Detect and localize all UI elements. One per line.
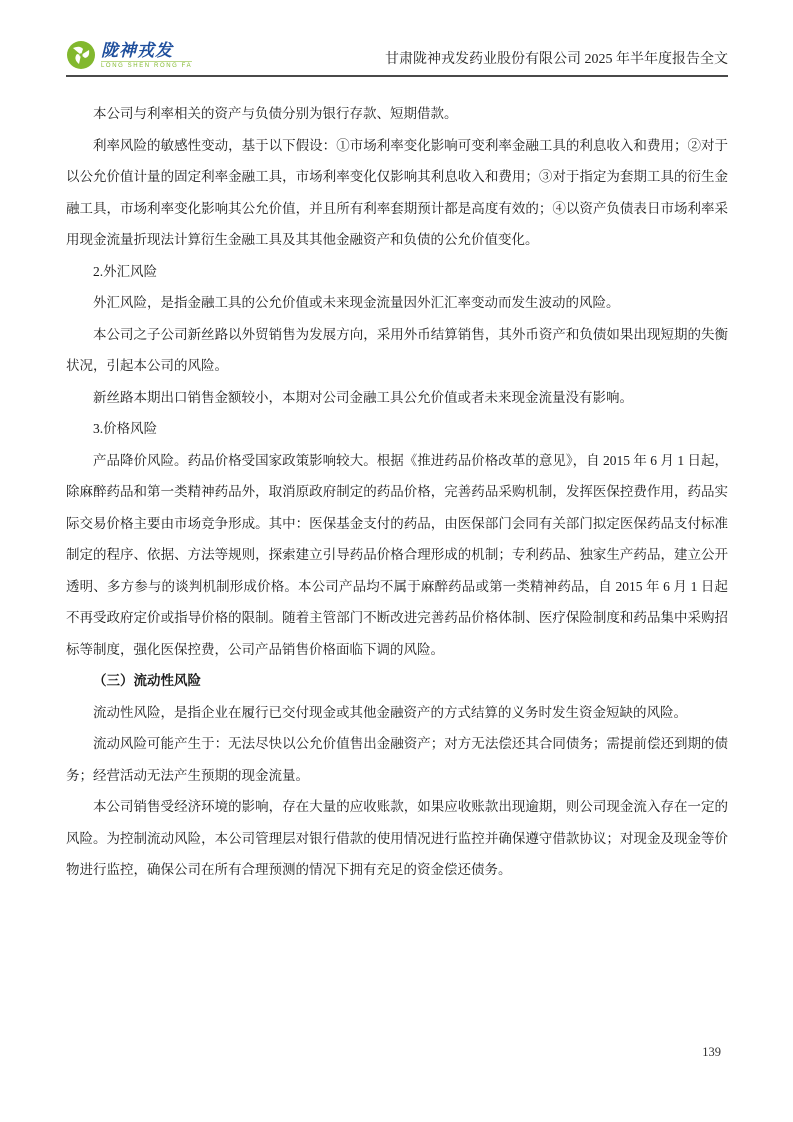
section-heading: （三）流动性风险	[66, 665, 728, 697]
page-number: 139	[702, 1045, 721, 1060]
paragraph: 流动风险可能产生于：无法尽快以公允价值售出金融资产；对方无法偿还其合同债务；需提…	[66, 728, 728, 791]
document-body: 本公司与利率相关的资产与负债分别为银行存款、短期借款。利率风险的敏感性变动，基于…	[66, 77, 728, 886]
company-logo: 陇神戎发 LONG SHEN RONG FA	[66, 40, 192, 70]
paragraph: 3.价格风险	[66, 413, 728, 445]
paragraph: 流动性风险，是指企业在履行已交付现金或其他金融资产的方式结算的义务时发生资金短缺…	[66, 697, 728, 729]
paragraph: 2.外汇风险	[66, 256, 728, 288]
paragraph: 本公司与利率相关的资产与负债分别为银行存款、短期借款。	[66, 98, 728, 130]
brand-name-en: LONG SHEN RONG FA	[101, 61, 192, 69]
brand-text: 陇神戎发 LONG SHEN RONG FA	[101, 42, 192, 69]
pinwheel-logo-icon	[66, 40, 96, 70]
paragraph: 利率风险的敏感性变动，基于以下假设：①市场利率变化影响可变利率金融工具的利息收入…	[66, 130, 728, 256]
report-page: 陇神戎发 LONG SHEN RONG FA 甘肃陇神戎发药业股份有限公司 20…	[0, 0, 793, 1122]
paragraph: 本公司之子公司新丝路以外贸销售为发展方向，采用外币结算销售，其外币资产和负债如果…	[66, 319, 728, 382]
report-title: 甘肃陇神戎发药业股份有限公司 2025 年半年度报告全文	[385, 48, 728, 70]
paragraph: 产品降价风险。药品价格受国家政策影响较大。根据《推进药品价格改革的意见》，自 2…	[66, 445, 728, 666]
brand-name-cn: 陇神戎发	[101, 42, 192, 59]
paragraph: 本公司销售受经济环境的影响，存在大量的应收账款，如果应收账款出现逾期，则公司现金…	[66, 791, 728, 886]
page-header: 陇神戎发 LONG SHEN RONG FA 甘肃陇神戎发药业股份有限公司 20…	[66, 0, 728, 77]
paragraph: 新丝路本期出口销售金额较小，本期对公司金融工具公允价值或者未来现金流量没有影响。	[66, 382, 728, 414]
paragraph: 外汇风险，是指金融工具的公允价值或未来现金流量因外汇汇率变动而发生波动的风险。	[66, 287, 728, 319]
